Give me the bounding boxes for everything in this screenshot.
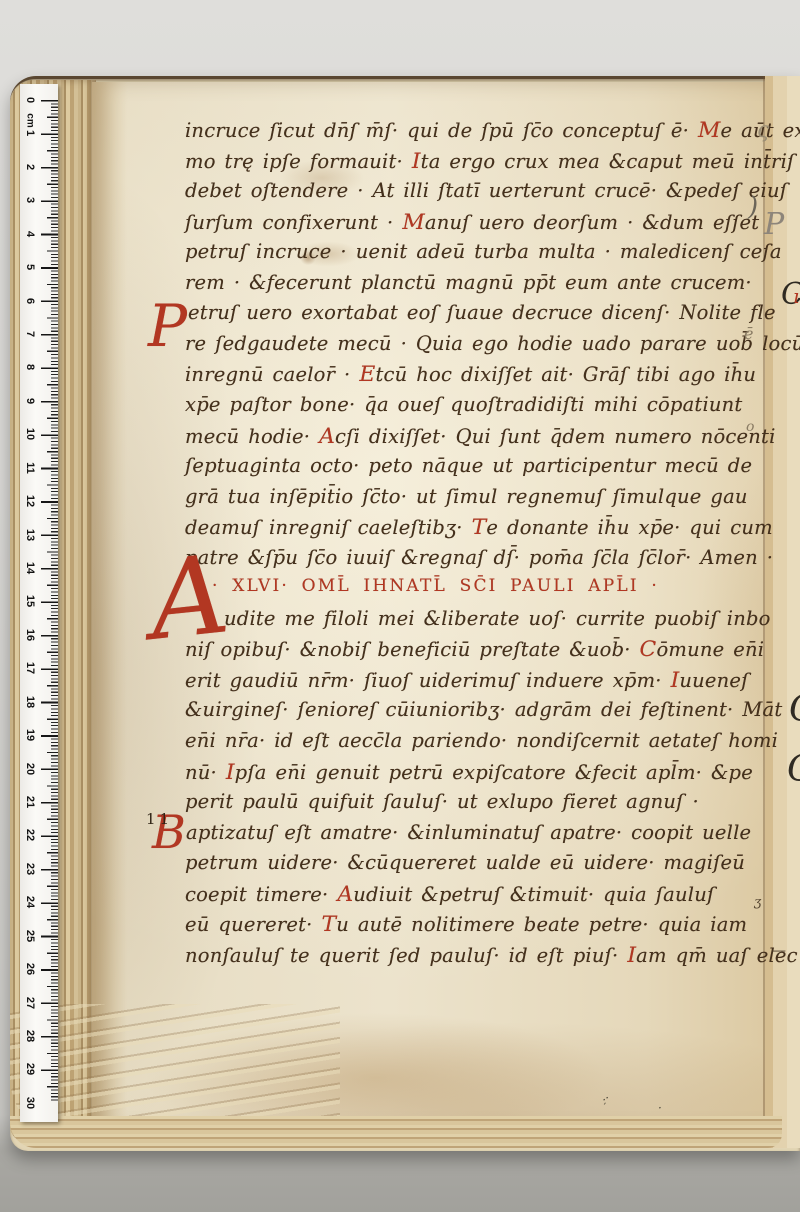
margin-offset-letter: P	[764, 210, 784, 240]
manuscript-line: aptizatuſ eſt amatre· &inluminatuſ apatr…	[186, 821, 751, 844]
manuscript-line: debet oſtendere · At illi ſtatī uerterun…	[185, 179, 787, 202]
margin-offset-letter: —	[772, 944, 786, 958]
ink-text: tcū hoc dixiſſet ait· Grāſ tibi ago ih̄u	[375, 363, 756, 386]
margin-offset-letter: o	[746, 420, 754, 434]
margin-offset-letter: ı	[793, 286, 799, 306]
ink-text: udiuit &petruſ &timuit· quia ſauluſ	[353, 883, 714, 906]
ink-text: nonſauluſ te querit ſed pauluſ· id eſt p…	[185, 944, 627, 967]
red-initial-letter: I	[627, 943, 636, 968]
ink-text: niſ opibuſ· &nobiſ beneficiū preſtate &u…	[185, 638, 640, 661]
manuscript-line: en̄i nr̄a· id eſt aecc̄la pariendo· nond…	[185, 729, 778, 752]
manuscript-line: deamuſ inregniſ caeleſtibʒ· Te donante i…	[185, 515, 773, 540]
margin-offset-letter: ·	[658, 1102, 662, 1114]
manuscript-line: niſ opibuſ· &nobiſ beneficiū preſtate &u…	[185, 637, 764, 662]
red-initial-letter: T	[321, 912, 336, 937]
red-initial-letter: M	[402, 210, 425, 235]
manuscript-line: grā tua inſēpit̄io ſc̄to· ut ſimul regne…	[185, 485, 748, 508]
ink-text: coepit timere·	[185, 883, 337, 906]
manuscript-line: nū· Ipſa en̄i genuit petrū expiſcatore &…	[185, 760, 753, 785]
margin-offset-letter: C	[789, 692, 800, 728]
dropcap-initial: A	[145, 546, 233, 651]
ink-text: incruce ſicut dn̄ſ m̄ſ· qui de ſpū ſc̄o …	[185, 119, 698, 142]
margin-offset-letter: ς	[757, 120, 769, 142]
manuscript-line: petrum uidere· &cūquereret ualde eū uide…	[185, 851, 745, 874]
ink-text: ōmune en̄i	[656, 638, 764, 661]
manuscript-line: &uirgineſ· ſenioreſ cūiunioribʒ· adgrām …	[185, 698, 782, 721]
manuscript-line: petruſ incruce · uenit adeū turba multa …	[185, 240, 782, 263]
manuscript-line: re ſedgaudete mecū · Quia ego hodie uado…	[185, 332, 800, 355]
manuscript-line: ſeptuaginta octo· peto nāque ut particip…	[185, 454, 752, 477]
manuscript-line: erit gaudiū nr̄m· ſiuoſ uiderimuſ induer…	[185, 668, 749, 693]
manuscript-line: coepit timere· Audiuit &petruſ &timuit· …	[185, 882, 714, 907]
manuscript-line: inregnū caelor̄ · Etcū hoc dixiſſet ait·…	[185, 362, 756, 387]
ink-text: &uirgineſ· ſenioreſ cūiunioribʒ· adgrām …	[185, 698, 782, 721]
ink-text: erit gaudiū nr̄m· ſiuoſ uiderimuſ induer…	[185, 669, 671, 692]
manuscript-line: ſurſum confixerunt · Manuſ uero deorſum …	[185, 210, 759, 235]
ink-text: e donante ih̄u xp̄e· qui cum	[486, 516, 772, 539]
margin-offset-letter: ʒ	[754, 896, 761, 909]
manuscript-line: eū quereret· Tu autē nolitimere beate pe…	[185, 912, 747, 937]
manuscript-line: nonſauluſ te querit ſed pauluſ· id eſt p…	[185, 943, 800, 968]
red-initial-letter: A	[319, 424, 335, 449]
red-initial-letter: I	[226, 760, 235, 785]
ink-text: eū quereret·	[185, 913, 321, 936]
red-initial-letter: E	[359, 362, 375, 387]
manuscript-line: perit paulū quifuit ſauluſ· ut exlupo fi…	[185, 790, 699, 813]
margin-offset-letter: ē	[744, 326, 753, 342]
manuscript-line: patre &ſp̄u ſc̄o iuuiſ &regnaſ dſ̄· pom̄…	[185, 546, 773, 569]
ink-text: cſi dixiſſet· Qui ſunt q̄dem numero nōce…	[335, 425, 775, 448]
ink-text: ſurſum confixerunt ·	[185, 211, 402, 234]
red-initial-letter: M	[698, 118, 721, 143]
manuscript-line: incruce ſicut dn̄ſ m̄ſ· qui de ſpū ſc̄o …	[185, 118, 800, 143]
ink-text: perit paulū quifuit ſauluſ· ut exlupo fi…	[185, 790, 699, 813]
ink-text: anuſ uero deorſum · &dum eſſet	[425, 211, 759, 234]
ink-text: en̄i nr̄a· id eſt aecc̄la pariendo· nond…	[185, 729, 778, 752]
manuscript-line: mo trę ipſe formauit· Ita ergo crux mea …	[185, 149, 794, 174]
ink-text: re ſedgaudete mecū · Quia ego hodie uado…	[185, 332, 800, 355]
red-initial-letter: A	[337, 882, 353, 907]
ink-text: debet oſtendere · At illi ſtatī uerterun…	[185, 179, 787, 202]
red-initial-letter: · XLVI· OML̄ IHNATL̄ SC̄I PAULI APL̄I ·	[212, 576, 659, 596]
ink-text: uueneſ	[679, 669, 748, 692]
manuscript-line: udite me filoli mei &liberate uoſ· curri…	[224, 607, 771, 630]
text-block: incruce ſicut dn̄ſ m̄ſ· qui de ſpū ſc̄o …	[0, 0, 800, 1212]
manuscript-line: etruſ uero exortabat eoſ ſuaue decruce d…	[188, 301, 776, 324]
ink-text: deamuſ inregniſ caeleſtibʒ·	[185, 516, 472, 539]
margin-offset-letter: ⸳̦·	[602, 1092, 609, 1104]
ink-text: xp̄e paſtor bone· q̄a oueſ quoſtradidiſt…	[185, 393, 742, 416]
ink-text: mecū hodie·	[185, 425, 319, 448]
ink-text: grā tua inſēpit̄io ſc̄to· ut ſimul regne…	[185, 485, 748, 508]
ink-text: rem · &fecerunt planctū magnū pp̄t eum a…	[185, 271, 752, 294]
ink-text: ta ergo crux mea &caput meū int̄riſ	[421, 150, 795, 173]
margin-offset-letter: )	[748, 194, 758, 220]
ink-text: u autē nolitimere beate petre· quia iam	[336, 913, 747, 936]
ink-text: ſeptuaginta octo· peto nāque ut particip…	[185, 454, 752, 477]
ink-text: inregnū caelor̄ ·	[185, 363, 359, 386]
ink-text: patre &ſp̄u ſc̄o iuuiſ &regnaſ dſ̄· pom̄…	[185, 546, 773, 569]
ink-text: pſa en̄i genuit petrū expiſcatore &fecit…	[235, 761, 753, 784]
folio-number: 11	[146, 810, 173, 828]
ink-text: aptizatuſ eſt amatre· &inluminatuſ apatr…	[186, 821, 751, 844]
ink-text: mo trę ipſe formauit·	[185, 150, 412, 173]
manuscript-photo: cm 0123456789101112131415161718192021222…	[0, 0, 800, 1212]
dropcap-initial: P	[148, 300, 187, 352]
red-initial-letter: T	[472, 515, 487, 540]
red-initial-letter: I	[412, 149, 421, 174]
red-initial-letter: C	[640, 637, 657, 662]
ink-text: petrum uidere· &cūquereret ualde eū uide…	[185, 851, 745, 874]
manuscript-line: mecū hodie· Acſi dixiſſet· Qui ſunt q̄de…	[185, 424, 776, 449]
ink-text: petruſ incruce · uenit adeū turba multa …	[185, 240, 782, 263]
manuscript-line: xp̄e paſtor bone· q̄a oueſ quoſtradidiſt…	[185, 393, 742, 416]
margin-offset-letter: C	[787, 752, 800, 788]
ink-text: etruſ uero exortabat eoſ ſuaue decruce d…	[188, 301, 776, 324]
manuscript-line: rem · &fecerunt planctū magnū pp̄t eum a…	[185, 271, 752, 294]
ink-text: udite me filoli mei &liberate uoſ· curri…	[224, 607, 771, 630]
ink-text: nū·	[185, 761, 226, 784]
manuscript-line: · XLVI· OML̄ IHNATL̄ SC̄I PAULI APL̄I ·	[212, 576, 659, 596]
